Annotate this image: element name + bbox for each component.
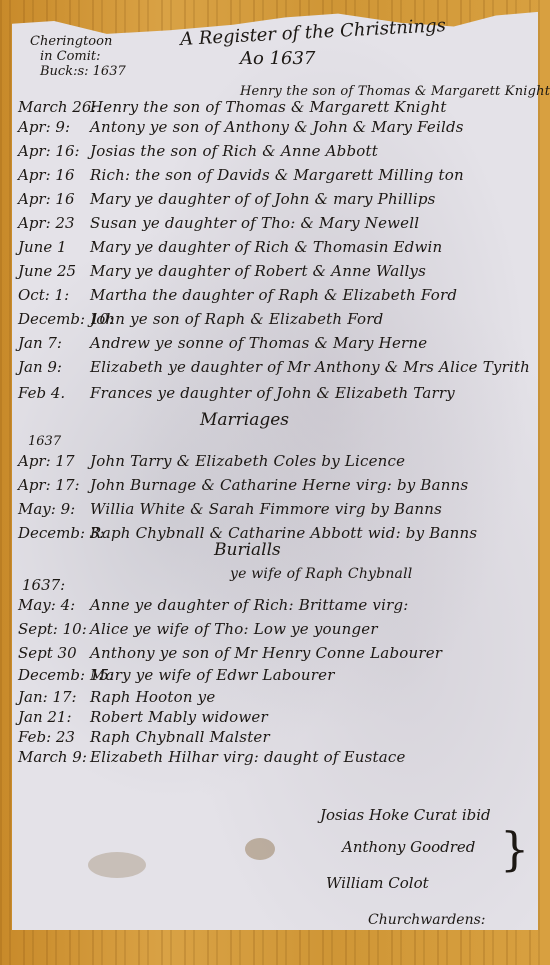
- margin-note-line: Buck:s: 1637: [30, 64, 126, 79]
- burials-heading: Burialls: [214, 540, 281, 560]
- christening-entry: Apr: 9:Antony ye son of Anthony & John &…: [18, 118, 464, 136]
- burials-year: 1637:: [22, 576, 65, 594]
- christening-entry: Apr: 16Mary ye daughter of of John & mar…: [18, 190, 436, 208]
- marriages-year: 1637: [28, 434, 61, 449]
- burial-entry: May: 4:Anne ye daughter of Rich: Brittam…: [18, 596, 409, 614]
- signature-churchwarden: William Colot: [326, 874, 429, 892]
- christening-entry: Apr: 23Susan ye daughter of Tho: & Mary …: [18, 214, 419, 232]
- burial-entry: Sept 30Anthony ye son of Mr Henry Conne …: [18, 644, 442, 662]
- marriage-entry: May: 9:Willia White & Sarah Fimmore virg…: [18, 500, 442, 518]
- christening-entry: Jan 7:Andrew ye sonne of Thomas & Mary H…: [18, 334, 427, 352]
- churchwardens-label: Churchwardens:: [368, 912, 485, 928]
- christening-entry: Apr: 16Rich: the son of Davids & Margare…: [18, 166, 464, 184]
- signature-churchwarden: Anthony Goodred: [342, 838, 475, 856]
- burial-entry: Sept: 10:Alice ye wife of Tho: Low ye yo…: [18, 620, 378, 638]
- margin-note-line: Cheringtoon: [30, 34, 126, 49]
- year-heading: Ao 1637: [240, 48, 315, 69]
- stain-mark: [88, 852, 146, 878]
- burial-entry: Decemb: 15:Mary ye wife of Edwr Labourer: [18, 666, 335, 684]
- christening-entry: June 1Mary ye daughter of Rich & Thomasi…: [18, 238, 442, 256]
- signature-brace: }: [500, 822, 529, 876]
- burial-entry: Jan 21:Robert Mably widower: [18, 708, 268, 726]
- christening-entry: Oct: 1:Martha the daughter of Raph & Eli…: [18, 286, 457, 304]
- margin-note: Cheringtoon in Comit: Buck:s: 1637: [30, 34, 126, 79]
- burial-entry: ye wife of Raph Chybnall: [230, 566, 412, 582]
- margin-note-line: in Comit:: [30, 49, 126, 64]
- stain-mark: [245, 838, 275, 860]
- christening-entry: Henry the son of Thomas & Margarett Knig…: [80, 84, 550, 99]
- marriages-heading: Marriages: [200, 410, 289, 430]
- signature-curate: Josias Hoke Curat ibid: [320, 806, 491, 824]
- marriage-entry: Apr: 17:John Burnage & Catharine Herne v…: [18, 476, 468, 494]
- christening-entry: June 25Mary ye daughter of Robert & Anne…: [18, 262, 426, 280]
- christening-entry: Decemb: 10:John ye son of Raph & Elizabe…: [18, 310, 383, 328]
- christening-entry: March 26:Henry the son of Thomas & Marga…: [18, 98, 447, 116]
- burial-entry: Jan: 17:Raph Hooton ye: [18, 688, 215, 706]
- christening-entry: Apr: 16:Josias the son of Rich & Anne Ab…: [18, 142, 378, 160]
- burial-entry: Feb: 23Raph Chybnall Malster: [18, 728, 270, 746]
- christening-entry: Feb 4.Frances ye daughter of John & Eliz…: [18, 384, 455, 402]
- burial-entry: March 9:Elizabeth Hilhar virg: daught of…: [18, 748, 406, 766]
- marriage-entry: Apr: 17John Tarry & Elizabeth Coles by L…: [18, 452, 405, 470]
- christening-entry: Jan 9:Elizabeth ye daughter of Mr Anthon…: [18, 358, 530, 376]
